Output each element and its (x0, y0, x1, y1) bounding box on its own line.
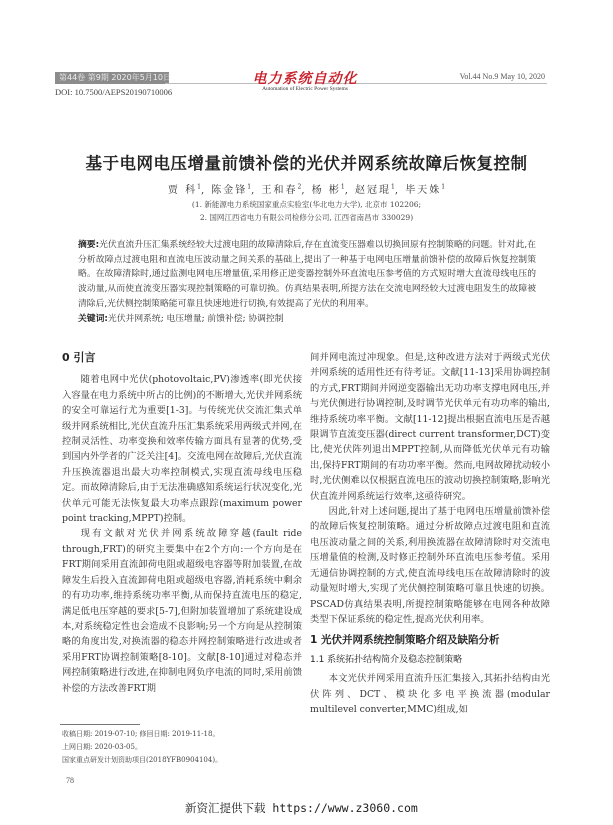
watermark-url[interactable]: https://www.z3060.com (266, 801, 418, 815)
section-1-heading: 1 光伏并网系统控制策略介绍及缺陷分析 (310, 633, 550, 648)
issue-tag: 第44卷 第9期 2020年5月10日 (55, 72, 169, 84)
paragraph: 本文光伏并网采用直流升压汇集接入,其拓扑结构由光伏阵列、DCT、模块化多电平换流… (310, 671, 550, 717)
affiliation-1: (1. 新能源电力系统国家重点实验室(华北电力大学), 北京市 102206; (0, 199, 613, 210)
left-column: 0 引言 随着电网中光伏(photovoltaic,PV)渗透率(即光伏接入容量… (62, 350, 302, 696)
keywords-text: 光伏并网系统; 电压增量; 前馈补偿; 协调控制 (108, 314, 284, 324)
abstract-label: 摘要: (78, 240, 99, 250)
author: 毕天姝 (405, 185, 441, 196)
affiliation-2: 2. 国网江西省电力有限公司检修分公司, 江西省南昌市 330029) (0, 212, 613, 223)
page-number: 78 (66, 776, 74, 785)
right-column: 间并网电流过冲现象。但是,这种改进方法对于两级式光伏并网系统的适用性还有待考证。… (310, 350, 550, 717)
footnote-funding: 国家重点研发计划资助项目(2018YFB0904104)。 (62, 755, 222, 765)
doi: DOI: 10.7500/AEPS20190710006 (55, 87, 172, 97)
footnote-rule (60, 724, 140, 725)
footnote-online: 上网日期: 2020-03-05。 (62, 742, 142, 752)
author: 王和春 (261, 185, 297, 196)
abstract-text: 光伏直流升压汇集系统经较大过渡电阻的故障清除后,存在直流变压器难以切换回原有控制… (78, 240, 536, 309)
footnote-received: 收稿日期: 2019-07-10; 修回日期: 2019-11-18。 (62, 729, 219, 739)
author: 陈金锋 (211, 185, 247, 196)
section-0-heading: 0 引言 (62, 350, 302, 365)
paper-title: 基于电网电压增量前馈补偿的光伏并网系统故障后恢复控制 (0, 150, 613, 174)
author-list: 贾 科1, 陈金锋1, 王和春2, 杨 彬1, 赵冠琨1, 毕天姝1 (0, 181, 613, 196)
paragraph: 因此,针对上述问题,提出了基于电网电压增量前馈补偿的故障后恢复控制策略。通过分析… (310, 504, 550, 627)
paragraph: 间并网电流过冲现象。但是,这种改进方法对于两级式光伏并网系统的适用性还有待考证。… (310, 350, 550, 504)
watermark-text: 新资汇提供下载 (185, 801, 266, 815)
author: 赵冠琨 (355, 185, 391, 196)
abstract: 摘要:光伏直流升压汇集系统经较大过渡电阻的故障清除后,存在直流变压器难以切换回原… (78, 238, 536, 326)
journal-logo-cn: 电力系统自动化 (250, 68, 360, 88)
volume-info: Vol.44 No.9 May 10, 2020 (440, 72, 545, 81)
download-watermark: 新资汇提供下载 https://www.z3060.com (185, 800, 418, 816)
keywords-label: 关键词: (78, 314, 108, 324)
author: 杨 彬 (312, 185, 341, 196)
journal-name-en: Automation of Electric Power Systems (225, 86, 385, 92)
paragraph: 随着电网中光伏(photovoltaic,PV)渗透率(即光伏接入容量在电力系统… (62, 372, 302, 526)
author: 贾 科 (168, 185, 197, 196)
paragraph: 现有文献对光伏并网系统故障穿越(fault ride through,FRT)的… (62, 526, 302, 695)
section-1-1-heading: 1.1 系统拓扑结构简介及稳态控制策略 (310, 653, 550, 668)
